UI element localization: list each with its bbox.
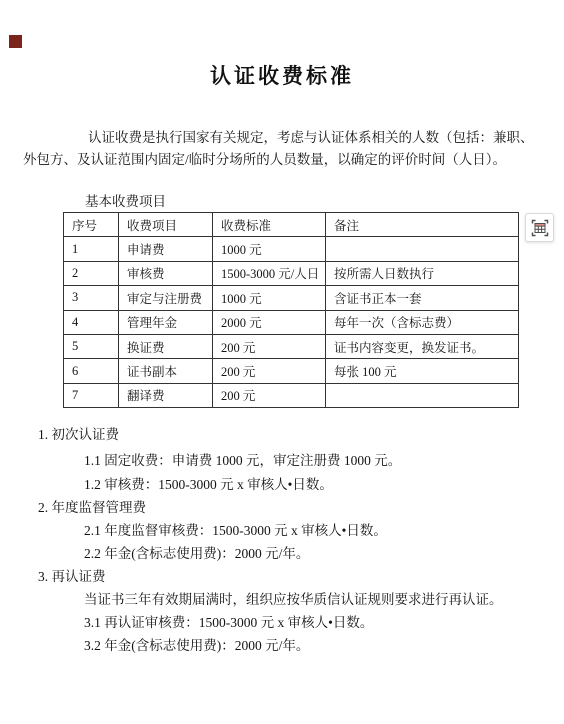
col-header-standard: 收费标准 <box>213 213 326 237</box>
table-cell: 3 <box>64 286 119 310</box>
table-cell: 4 <box>64 310 119 334</box>
col-header-index: 序号 <box>64 213 119 237</box>
table-cell: 2 <box>64 261 119 285</box>
table-row: 1 申请费 1000 元 <box>64 237 519 261</box>
fee-line-1-2: 1.2 审核费：1500-3000 元 x 审核人•日数。 <box>84 476 333 494</box>
table-capture-button[interactable] <box>525 213 554 242</box>
table-cell: 换证费 <box>119 334 213 358</box>
table-cell: 证书内容变更，换发证书。 <box>326 334 519 358</box>
table-cell: 每年一次（含标志费） <box>326 310 519 334</box>
fee-line-1-1: 1.1 固定收费：申请费 1000 元，审定注册费 1000 元。 <box>84 452 401 470</box>
table-cell: 1500-3000 元/人日 <box>213 261 326 285</box>
page-title: 认证收费标准 <box>0 60 564 90</box>
table-cell: 200 元 <box>213 359 326 383</box>
fee-line-3-2: 3.2 年金(含标志使用费)：2000 元/年。 <box>84 637 309 655</box>
table-cell: 含证书正本一套 <box>326 286 519 310</box>
table-row: 7 翻译费 200 元 <box>64 383 519 407</box>
table-cell: 7 <box>64 383 119 407</box>
table-cell: 翻译费 <box>119 383 213 407</box>
table-cell: 200 元 <box>213 334 326 358</box>
intro-paragraph-line-2: 外包方、及认证范围内固定/临时分场所的人员数量，以确定的评价时间（人日）。 <box>23 151 506 168</box>
table-cell: 1000 元 <box>213 237 326 261</box>
col-header-item: 收费项目 <box>119 213 213 237</box>
fee-table: 序号 收费项目 收费标准 备注 1 申请费 1000 元 2 审核费 1500-… <box>63 212 519 408</box>
col-header-remark: 备注 <box>326 213 519 237</box>
table-cell: 按所需人日数执行 <box>326 261 519 285</box>
table-cell: 申请费 <box>119 237 213 261</box>
table-row: 4 管理年金 2000 元 每年一次（含标志费） <box>64 310 519 334</box>
table-row: 6 证书副本 200 元 每张 100 元 <box>64 359 519 383</box>
table-cell: 审定与注册费 <box>119 286 213 310</box>
table-cell: 审核费 <box>119 261 213 285</box>
table-cell: 5 <box>64 334 119 358</box>
table-cell: 每张 100 元 <box>326 359 519 383</box>
fee-line-3-1: 3.1 再认证审核费：1500-3000 元 x 审核人•日数。 <box>84 614 373 632</box>
table-cell: 1 <box>64 237 119 261</box>
table-capture-icon <box>530 218 550 238</box>
table-row: 5 换证费 200 元 证书内容变更，换发证书。 <box>64 334 519 358</box>
table-cell <box>326 383 519 407</box>
table-cell: 2000 元 <box>213 310 326 334</box>
table-cell: 200 元 <box>213 383 326 407</box>
intro-paragraph-line-1: 认证收费是执行国家有关规定，考虑与认证体系相关的人数（包括：兼职、 <box>88 129 534 146</box>
fee-line-2-1: 2.1 年度监督审核费：1500-3000 元 x 审核人•日数。 <box>84 522 387 540</box>
section-heading-1: 1. 初次认证费 <box>38 426 119 444</box>
fee-line-2-2: 2.2 年金(含标志使用费)：2000 元/年。 <box>84 545 309 563</box>
red-marker <box>9 35 22 48</box>
table-cell: 管理年金 <box>119 310 213 334</box>
table-row: 3 审定与注册费 1000 元 含证书正本一套 <box>64 286 519 310</box>
section-3-note: 当证书三年有效期届满时，组织应按华质信认证规则要求进行再认证。 <box>84 591 503 609</box>
section-heading-3: 3. 再认证费 <box>38 568 106 586</box>
table-cell: 6 <box>64 359 119 383</box>
table-cell <box>326 237 519 261</box>
section-heading-2: 2. 年度监督管理费 <box>38 499 146 517</box>
table-row: 2 审核费 1500-3000 元/人日 按所需人日数执行 <box>64 261 519 285</box>
table-cell: 证书副本 <box>119 359 213 383</box>
table-caption: 基本收费项目 <box>85 190 166 210</box>
table-header-row: 序号 收费项目 收费标准 备注 <box>64 213 519 237</box>
table-cell: 1000 元 <box>213 286 326 310</box>
